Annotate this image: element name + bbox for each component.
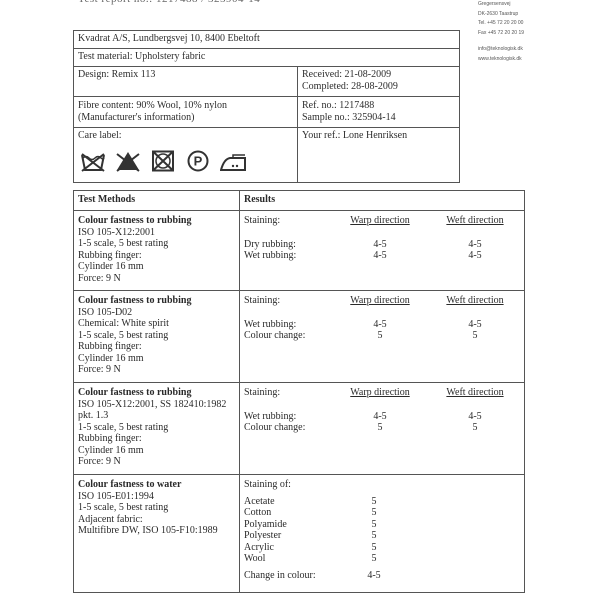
weft-header: Weft direction xyxy=(430,215,520,227)
iron-two-dots-icon xyxy=(220,150,246,172)
water-results-grid: Acetate 5 Cotton 5 Polyamide 5 Polyester… xyxy=(244,496,520,565)
table-row: Colour fastness to rubbing ISO 105-X12:2… xyxy=(74,211,525,291)
care-label-title: Care label: xyxy=(78,130,293,142)
method-detail: Force: 9 N xyxy=(78,456,235,468)
test-results-table: Test Methods Results Colour fastness to … xyxy=(73,190,525,593)
method-cell: Colour fastness to water ISO 105-E01:199… xyxy=(74,475,240,593)
fibre-label: Cotton xyxy=(244,507,354,519)
method-cell: Colour fastness to rubbing ISO 105-X12:2… xyxy=(74,211,240,291)
results-cell: Staining: Warp direction Weft direction … xyxy=(240,291,525,383)
method-detail: Cylinder 16 mm xyxy=(78,445,235,457)
result-label: Colour change: xyxy=(244,330,330,342)
staining-label: Staining: xyxy=(244,215,330,227)
table-row: Colour fastness to rubbing ISO 105-X12:2… xyxy=(74,383,525,475)
fibre-label: Wool xyxy=(244,553,354,565)
care-label-cell: Care label: P xyxy=(74,128,298,183)
method-detail: pkt. 1.3 xyxy=(78,410,235,422)
method-cell: Colour fastness to rubbing ISO 105-X12:2… xyxy=(74,383,240,475)
method-detail: Multifibre DW, ISO 105-F10:1989 xyxy=(78,525,235,537)
results-grid: Staining: Warp direction Weft direction … xyxy=(244,215,520,262)
method-detail: Force: 9 N xyxy=(78,273,235,285)
contact-website: www.teknologisk.dk xyxy=(478,55,524,65)
fibre-value: 5 xyxy=(354,530,394,542)
weft-header: Weft direction xyxy=(430,387,520,399)
refs-cell: Ref. no.: 1217488 Sample no.: 325904-14 xyxy=(298,97,460,128)
staining-label: Staining: xyxy=(244,387,330,399)
header-results: Results xyxy=(240,191,525,211)
care-icons: P xyxy=(80,150,293,172)
change-in-colour-row: Change in colour: 4-5 xyxy=(244,570,520,582)
table-row: Colour fastness to rubbing ISO 105-D02 C… xyxy=(74,291,525,383)
warp-value: 4-5 xyxy=(330,411,430,423)
contact-line: Tel. +45 72 20 20 00 xyxy=(478,19,524,29)
contact-line: Gregersensvej xyxy=(478,0,524,10)
sample-info-table: Kvadrat A/S, Lundbergsvej 10, 8400 Ebelt… xyxy=(73,30,460,183)
fibre-value: 5 xyxy=(354,496,394,508)
staining-label: Staining: xyxy=(244,295,330,307)
warp-value: 4-5 xyxy=(330,239,430,251)
fibre-label: Polyamide xyxy=(244,519,354,531)
method-detail: Adjacent fabric: xyxy=(78,514,235,526)
method-detail: 1-5 scale, 5 best rating xyxy=(78,502,235,514)
weft-value: 4-5 xyxy=(430,239,520,251)
method-detail: ISO 105-X12:2001, SS 182410:1982 xyxy=(78,399,235,411)
warp-header: Warp direction xyxy=(330,387,430,399)
method-detail: ISO 105-X12:2001 xyxy=(78,227,235,239)
table-row: Colour fastness to water ISO 105-E01:199… xyxy=(74,475,525,593)
result-label: Dry rubbing: xyxy=(244,239,330,251)
fibre-value: 5 xyxy=(354,542,394,554)
fibre-label: Acrylic xyxy=(244,542,354,554)
result-label: Wet rubbing: xyxy=(244,319,330,331)
result-label: Colour change: xyxy=(244,422,330,434)
change-label: Change in colour: xyxy=(244,570,354,582)
do-not-bleach-icon xyxy=(115,150,141,172)
contact-line: DK-2630 Taastrup xyxy=(478,10,524,20)
fibre-label: Acetate xyxy=(244,496,354,508)
method-detail: Rubbing finger: xyxy=(78,341,235,353)
method-name: Colour fastness to rubbing xyxy=(78,387,235,399)
fibre-content: Fibre content: 90% Wool, 10% nylon xyxy=(78,100,293,112)
method-name: Colour fastness to rubbing xyxy=(78,215,235,227)
ref-no: Ref. no.: 1217488 xyxy=(302,100,455,112)
fibre-value: 5 xyxy=(354,507,394,519)
warp-value: 5 xyxy=(330,422,430,434)
do-not-wash-icon xyxy=(80,150,106,172)
warp-header: Warp direction xyxy=(330,295,430,307)
results-cell: Staining: Warp direction Weft direction … xyxy=(240,211,525,291)
fibre-cell: Fibre content: 90% Wool, 10% nylon (Manu… xyxy=(74,97,298,128)
fibre-value: 5 xyxy=(354,553,394,565)
completed-date: Completed: 28-08-2009 xyxy=(302,81,455,93)
do-not-tumble-dry-icon xyxy=(150,150,176,172)
result-label: Wet rubbing: xyxy=(244,411,330,423)
method-detail: Chemical: White spirit xyxy=(78,318,235,330)
dates-cell: Received: 21-08-2009 Completed: 28-08-20… xyxy=(298,67,460,97)
contact-line: Fax +45 72 20 20 19 xyxy=(478,29,524,39)
method-detail: ISO 105-D02 xyxy=(78,307,235,319)
fibre-label: Polyester xyxy=(244,530,354,542)
method-cell: Colour fastness to rubbing ISO 105-D02 C… xyxy=(74,291,240,383)
weft-value: 5 xyxy=(430,330,520,342)
results-cell: Staining: Warp direction Weft direction … xyxy=(240,383,525,475)
fibre-value: 5 xyxy=(354,519,394,531)
method-name: Colour fastness to rubbing xyxy=(78,295,235,307)
design-cell: Design: Remix 113 xyxy=(74,67,298,97)
contact-info: Gregersensvej DK-2630 Taastrup Tel. +45 … xyxy=(478,0,524,64)
received-date: Received: 21-08-2009 xyxy=(302,69,455,81)
results-grid: Staining: Warp direction Weft direction … xyxy=(244,295,520,342)
method-detail: Rubbing finger: xyxy=(78,250,235,262)
client-cell: Kvadrat A/S, Lundbergsvej 10, 8400 Ebelt… xyxy=(74,31,460,49)
svg-text:P: P xyxy=(194,153,203,168)
weft-value: 4-5 xyxy=(430,250,520,262)
method-detail: ISO 105-E01:1994 xyxy=(78,491,235,503)
method-detail: 1-5 scale, 5 best rating xyxy=(78,330,235,342)
method-detail: Force: 9 N xyxy=(78,364,235,376)
warp-value: 5 xyxy=(330,330,430,342)
weft-value: 4-5 xyxy=(430,319,520,331)
dry-clean-p-icon: P xyxy=(185,150,211,172)
weft-value: 5 xyxy=(430,422,520,434)
result-label: Wet rubbing: xyxy=(244,250,330,262)
results-grid: Staining: Warp direction Weft direction … xyxy=(244,387,520,434)
contact-email: info@teknologisk.dk xyxy=(478,45,524,55)
warp-value: 4-5 xyxy=(330,319,430,331)
header-test-methods: Test Methods xyxy=(74,191,240,211)
results-cell: Staining of: Acetate 5 Cotton 5 Polyamid… xyxy=(240,475,525,593)
weft-value: 4-5 xyxy=(430,411,520,423)
fibre-note: (Manufacturer's information) xyxy=(78,112,293,124)
weft-header: Weft direction xyxy=(430,295,520,307)
your-ref-cell: Your ref.: Lone Henriksen xyxy=(298,128,460,183)
method-detail: Cylinder 16 mm xyxy=(78,261,235,273)
method-detail: Cylinder 16 mm xyxy=(78,353,235,365)
method-detail: 1-5 scale, 5 best rating xyxy=(78,422,235,434)
warp-header: Warp direction xyxy=(330,215,430,227)
staining-of-label: Staining of: xyxy=(244,479,520,491)
method-detail: Rubbing finger: xyxy=(78,433,235,445)
method-detail: 1-5 scale, 5 best rating xyxy=(78,238,235,250)
report-title: Test report no.: 1217488 / 325904-14 xyxy=(78,0,260,5)
method-name: Colour fastness to water xyxy=(78,479,235,491)
change-value: 4-5 xyxy=(354,570,394,582)
warp-value: 4-5 xyxy=(330,250,430,262)
material-cell: Test material: Upholstery fabric xyxy=(74,49,460,67)
sample-no: Sample no.: 325904-14 xyxy=(302,112,455,124)
